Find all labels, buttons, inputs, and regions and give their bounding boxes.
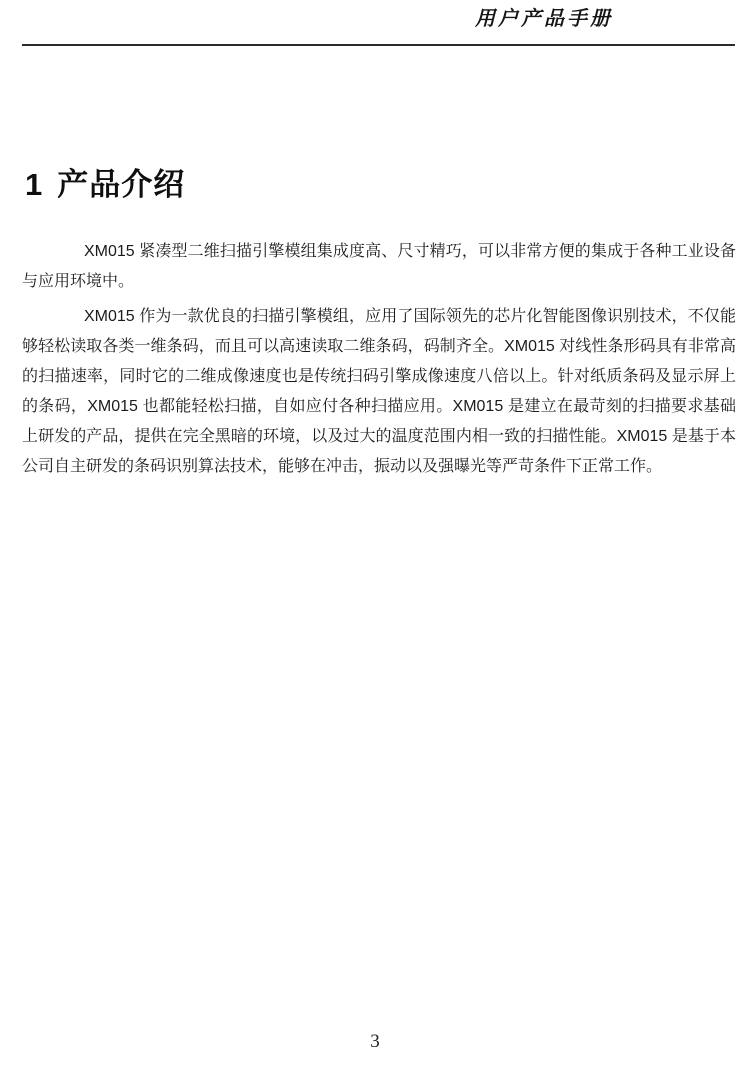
page-number: 3 (370, 1031, 380, 1052)
header-divider (22, 44, 735, 46)
section-title: 产品介绍 (57, 167, 185, 202)
page-footer: 3 (0, 1031, 750, 1053)
paragraph-intro: XM015 紧凑型二维扫描引擎模组集成度高、尺寸精巧，可以非常方便的集成于各种工… (22, 237, 736, 297)
body-content: XM015 紧凑型二维扫描引擎模组集成度高、尺寸精巧，可以非常方便的集成于各种工… (22, 237, 736, 487)
section-number: 1 (25, 167, 43, 202)
page-header: 用户产品手册 (0, 2, 613, 31)
section-heading: 1产品介绍 (25, 165, 185, 205)
paragraph-features: XM015 作为一款优良的扫描引擎模组，应用了国际领先的芯片化智能图像识别技术，… (22, 302, 736, 482)
document-page: 用户产品手册 1产品介绍 XM015 紧凑型二维扫描引擎模组集成度高、尺寸精巧，… (0, 0, 750, 1067)
header-title: 用户产品手册 (475, 6, 613, 30)
